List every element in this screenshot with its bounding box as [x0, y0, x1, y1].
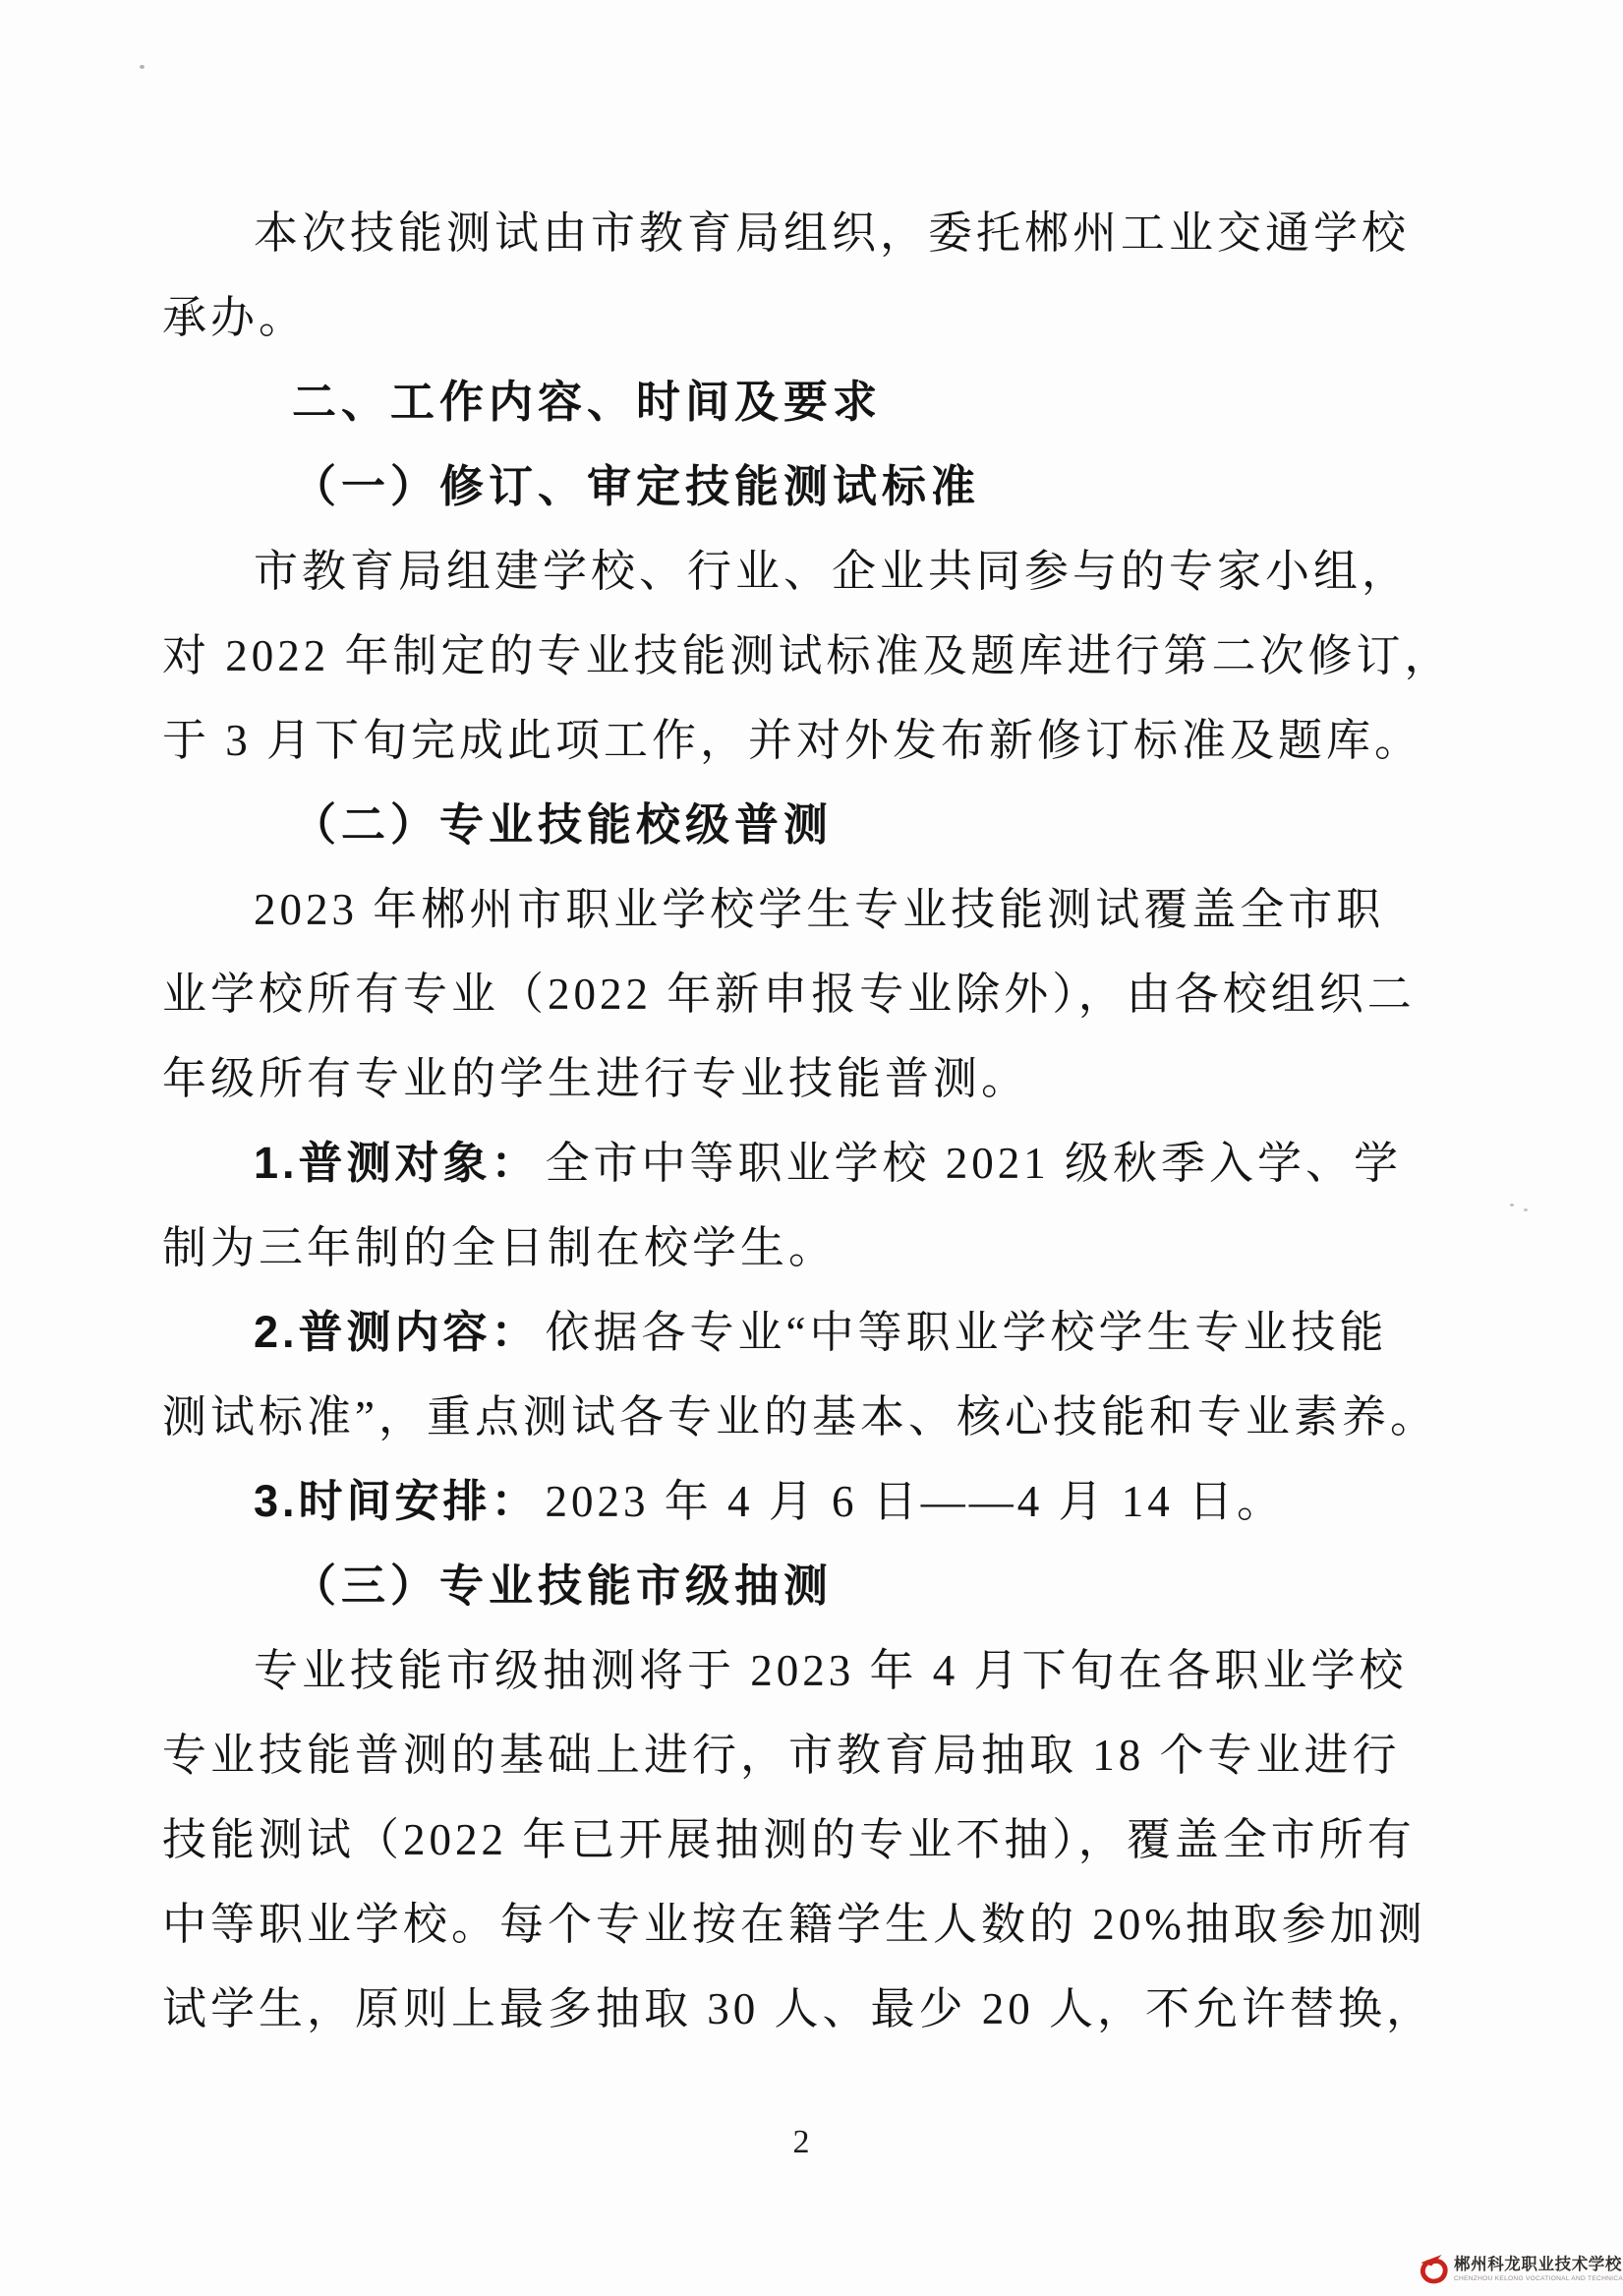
item-label: 1.普测对象： — [254, 1138, 540, 1188]
paragraph-line: 试学生，原则上最多抽取 30 人、最少 20 人，不允许替换， — [162, 1967, 1475, 2051]
line-text: 于 3 月下旬完成此项工作，并对外发布新修订标准及题库。 — [162, 716, 1422, 765]
line-text: 技能测试（2022 年已开展抽测的专业不抽），覆盖全市所有 — [162, 1815, 1416, 1864]
line-text: 全市中等职业学校 2021 级秋季入学、学 — [546, 1139, 1403, 1188]
paragraph-line: 中等职业学校。每个专业按在籍学生人数的 20%抽取参加测 — [162, 1882, 1475, 1967]
scan-artifact — [1524, 1208, 1528, 1211]
heading-text: 二、工作内容、时间及要求 — [292, 377, 882, 427]
item-label: 2.普测内容： — [254, 1307, 540, 1357]
section-heading: （二）专业技能校级普测 — [162, 783, 1475, 867]
paragraph-line: 于 3 月下旬完成此项工作，并对外发布新修订标准及题库。 — [162, 698, 1475, 783]
paragraph-line: 测试标准”，重点测试各专业的基本、核心技能和专业素养。 — [162, 1375, 1475, 1459]
section-heading: （三）专业技能市级抽测 — [162, 1544, 1475, 1628]
paragraph-line: 本次技能测试由市教育局组织，委托郴州工业交通学校 — [162, 191, 1475, 275]
line-text: 业学校所有专业（2022 年新申报专业除外），由各校组织二 — [162, 970, 1416, 1019]
paragraph-line: 市教育局组建学校、行业、企业共同参与的专家小组， — [162, 529, 1475, 614]
paragraph-line: 专业技能普测的基础上进行，市教育局抽取 18 个专业进行 — [162, 1713, 1475, 1797]
line-text: 承办。 — [162, 293, 307, 342]
school-logo: 郴州科龙职业技术学校 CHENZHOU KELONG VOCATIONAL AN… — [1420, 2254, 1623, 2284]
page-number: 2 — [688, 2124, 914, 2161]
school-name-en: CHENZHOU KELONG VOCATIONAL AND TECHNICAL… — [1454, 2275, 1623, 2282]
numbered-item-line: 1.普测对象：全市中等职业学校 2021 级秋季入学、学 — [162, 1121, 1475, 1206]
line-text: 中等职业学校。每个专业按在籍学生人数的 20%抽取参加测 — [162, 1900, 1426, 1949]
school-logo-text: 郴州科龙职业技术学校 CHENZHOU KELONG VOCATIONAL AN… — [1454, 2256, 1623, 2282]
item-label: 3.时间安排： — [254, 1476, 540, 1526]
school-logo-icon — [1420, 2254, 1448, 2284]
paragraph-line: 业学校所有专业（2022 年新申报专业除外），由各校组织二 — [162, 952, 1475, 1036]
paragraph-line: 年级所有专业的学生进行专业技能普测。 — [162, 1036, 1475, 1121]
line-text: 本次技能测试由市教育局组织，委托郴州工业交通学校 — [254, 208, 1410, 258]
line-text: 测试标准”，重点测试各专业的基本、核心技能和专业素养。 — [162, 1392, 1438, 1442]
paragraph-line: 专业技能市级抽测将于 2023 年 4 月下旬在各职业学校 — [162, 1628, 1475, 1713]
section-heading: （一）修订、审定技能测试标准 — [162, 444, 1475, 529]
line-text: 2023 年 4 月 6 日——4 月 14 日。 — [546, 1477, 1286, 1526]
line-text: 制为三年制的全日制在校学生。 — [162, 1223, 837, 1272]
line-text: 专业技能市级抽测将于 2023 年 4 月下旬在各职业学校 — [254, 1646, 1408, 1695]
school-name: 郴州科龙职业技术学校 — [1454, 2256, 1623, 2273]
heading-text: （一）修订、审定技能测试标准 — [292, 461, 980, 511]
numbered-item-line: 3.时间安排：2023 年 4 月 6 日——4 月 14 日。 — [162, 1459, 1475, 1544]
heading-text: （三）专业技能市级抽测 — [292, 1560, 833, 1611]
paragraph-line: 对 2022 年制定的专业技能测试标准及题库进行第二次修订， — [162, 614, 1475, 698]
document-page: 本次技能测试由市教育局组织，委托郴州工业交通学校 承办。 二、工作内容、时间及要… — [0, 0, 1623, 2296]
scan-artifact — [140, 65, 145, 69]
line-text: 依据各专业“中等职业学校学生专业技能 — [546, 1308, 1388, 1357]
line-text: 2023 年郴州市职业学校学生专业技能测试覆盖全市职 — [254, 885, 1384, 934]
document-body: 本次技能测试由市教育局组织，委托郴州工业交通学校 承办。 二、工作内容、时间及要… — [162, 191, 1475, 2051]
paragraph-line: 技能测试（2022 年已开展抽测的专业不抽），覆盖全市所有 — [162, 1797, 1475, 1882]
paragraph-line: 2023 年郴州市职业学校学生专业技能测试覆盖全市职 — [162, 867, 1475, 952]
line-text: 试学生，原则上最多抽取 30 人、最少 20 人，不允许替换， — [162, 1984, 1434, 2033]
heading-text: （二）专业技能校级普测 — [292, 799, 833, 850]
line-text: 对 2022 年制定的专业技能测试标准及题库进行第二次修订， — [162, 631, 1453, 680]
paragraph-line: 制为三年制的全日制在校学生。 — [162, 1206, 1475, 1290]
section-heading: 二、工作内容、时间及要求 — [162, 360, 1475, 444]
paragraph-line: 承办。 — [162, 275, 1475, 360]
line-text: 年级所有专业的学生进行专业技能普测。 — [162, 1054, 1029, 1103]
line-text: 市教育局组建学校、行业、企业共同参与的专家小组， — [254, 547, 1410, 596]
scan-artifact — [1510, 1204, 1514, 1207]
numbered-item-line: 2.普测内容：依据各专业“中等职业学校学生专业技能 — [162, 1290, 1475, 1375]
line-text: 专业技能普测的基础上进行，市教育局抽取 18 个专业进行 — [162, 1731, 1401, 1780]
